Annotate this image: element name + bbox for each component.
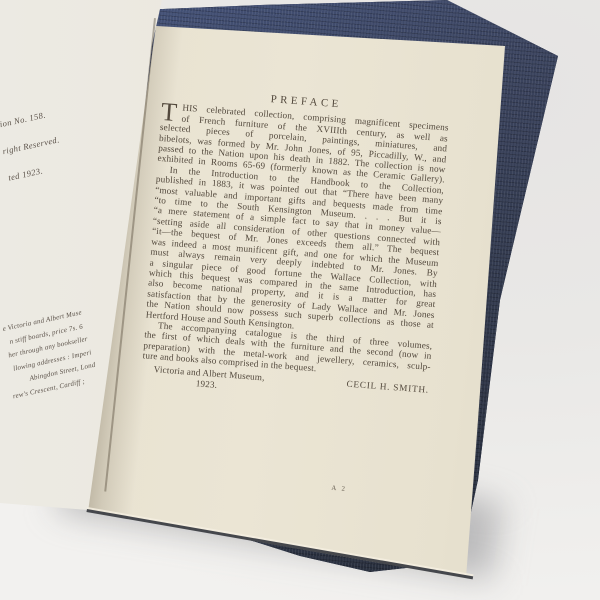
left-page-imprint: tion No. 158. right Reserved. ted 1923. — [0, 108, 70, 199]
preface-text-block: PREFACE T HIS celebrated collection, com… — [141, 86, 451, 406]
imprint-line: tion No. 158. — [0, 108, 55, 130]
printers-mark: A 2 — [331, 484, 347, 496]
left-page-colophon: e Victoria and Albert Muse n stiff board… — [0, 308, 100, 405]
imprint-line: ted 1923. — [7, 161, 66, 183]
imprint-line: right Reserved. — [2, 134, 61, 156]
photo-background: tion No. 158. right Reserved. ted 1923. … — [0, 0, 600, 600]
drop-cap: T — [160, 101, 178, 124]
